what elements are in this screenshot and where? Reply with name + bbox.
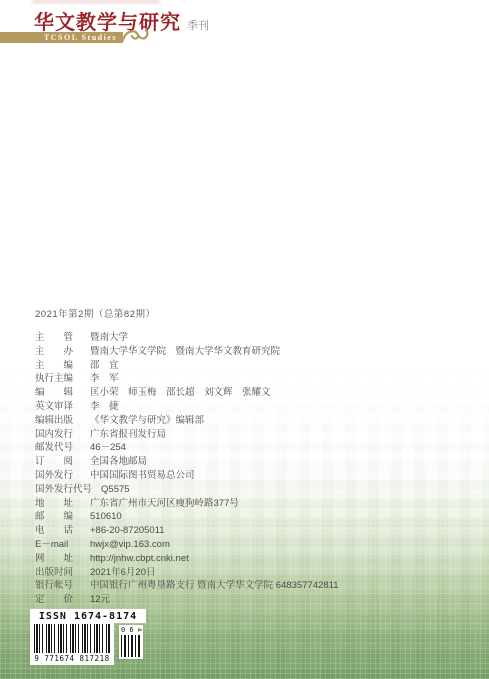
- row-value: 暨南大学华文学院 暨南大学华文教育研究院: [90, 345, 280, 359]
- colophon-row: 银行帐号中国银行广州粤垦路支行 暨南大学华文学院 648357742811: [35, 579, 475, 593]
- row-value: 中国银行广州粤垦路支行 暨南大学华文学院 648357742811: [90, 579, 338, 593]
- row-label: 网 址: [35, 552, 81, 566]
- row-value: +86-20-87205011: [90, 524, 165, 538]
- colophon-row: 国外发行中国国际图书贸易总公司: [35, 469, 475, 483]
- row-value: 广东省广州市天河区瘦狗岭路377号: [90, 497, 239, 511]
- issn-number: ISSN 1674-8174: [30, 609, 146, 623]
- colophon-row: 主 编邵 宜: [35, 359, 475, 373]
- row-label: 主 编: [35, 359, 81, 373]
- row-value: 12元: [90, 593, 110, 607]
- colophon-row: 主 办暨南大学华文学院 暨南大学华文教育研究院: [35, 345, 475, 359]
- issue-line: 2021年第2期（总第82期）: [35, 306, 155, 320]
- barcode-bars-icon: [34, 624, 110, 653]
- barcode-row: 9 771674 817218 0 6 ⊳: [30, 623, 146, 665]
- row-value: 46－254: [90, 441, 126, 455]
- colophon-row: 网 址http://jnhw.cbpt.cnki.net: [35, 552, 475, 566]
- colophon-row: 国外发行代号Q5575: [35, 483, 475, 497]
- row-value: 《华文教学与研究》编辑部: [90, 414, 204, 428]
- cloud-scroll-ornament-icon: [121, 27, 151, 50]
- colophon-row: 电 话+86-20-87205011: [35, 524, 475, 538]
- row-value: 匡小荣 师玉梅 邵长超 刘文辉 张耀文: [90, 386, 271, 400]
- journal-title: 华文教学与研究: [34, 10, 181, 34]
- colophon-row: 编辑出版《华文教学与研究》编辑部: [35, 414, 475, 428]
- addon-digits: 0 6 ⊳: [121, 626, 141, 634]
- row-value: 2021年6月20日: [90, 566, 155, 580]
- ean-barcode: 9 771674 817218: [30, 623, 114, 665]
- row-label: 订 阅: [35, 455, 81, 469]
- row-value: 510610: [90, 510, 122, 524]
- row-label: 银行帐号: [35, 579, 81, 593]
- row-value: 广东省报刊发行局: [90, 428, 166, 442]
- row-label: 主 办: [35, 345, 81, 359]
- row-value: 全国各地邮局: [90, 455, 147, 469]
- colophon-row: 出版时间2021年6月20日: [35, 566, 475, 580]
- colophon-row: 定 价12元: [35, 593, 475, 607]
- row-label: 国外发行代号: [35, 483, 92, 497]
- row-label: 执行主编: [35, 372, 81, 386]
- row-value: Q5575: [101, 483, 130, 497]
- colophon-row: 主 管暨南大学: [35, 331, 475, 345]
- issn-barcode-block: ISSN 1674-8174 9 771674 817218 0 6 ⊳: [30, 609, 146, 665]
- row-label: 编 辑: [35, 386, 81, 400]
- row-value: 邵 宜: [90, 359, 119, 373]
- colophon-row: 订 阅全国各地邮局: [35, 455, 475, 469]
- row-label: E－mail: [35, 538, 81, 552]
- row-value: 暨南大学: [90, 331, 128, 345]
- journal-subtitle: 季刊: [187, 20, 209, 32]
- row-label: 电 话: [35, 524, 81, 538]
- banner-title: TCSOL Studies: [44, 33, 117, 42]
- row-value: http://jnhw.cbpt.cnki.net: [90, 552, 189, 566]
- row-label: 出版时间: [35, 566, 81, 580]
- addon-bars-icon: [121, 635, 141, 657]
- row-value: hwjx@vip.163.com: [90, 538, 170, 552]
- journal-back-cover: 华文教学与研究季刊 TCSOL Studies 2021年第2期（总第82期） …: [0, 0, 489, 679]
- row-label: 主 管: [35, 331, 81, 345]
- row-label: 地 址: [35, 497, 81, 511]
- colophon-row: 执行主编李 军: [35, 372, 475, 386]
- row-value: 中国国际图书贸易总公司: [90, 469, 195, 483]
- row-label: 定 价: [35, 593, 81, 607]
- barcode-digits: 9 771674 817218: [34, 654, 110, 663]
- row-label: 邮 编: [35, 510, 81, 524]
- colophon-list: 主 管暨南大学 主 办暨南大学华文学院 暨南大学华文教育研究院 主 编邵 宜 执…: [35, 331, 475, 607]
- colophon-row: 编 辑匡小荣 师玉梅 邵长超 刘文辉 张耀文: [35, 386, 475, 400]
- colophon-row: 邮发代号46－254: [35, 441, 475, 455]
- row-label: 英文审译: [35, 400, 81, 414]
- colophon-row: 国内发行广东省报刊发行局: [35, 428, 475, 442]
- row-label: 国外发行: [35, 469, 81, 483]
- row-label: 国内发行: [35, 428, 81, 442]
- colophon-row: 英文审译李 捷: [35, 400, 475, 414]
- colophon-row: E－mailhwjx@vip.163.com: [35, 538, 475, 552]
- row-label: 邮发代号: [35, 441, 81, 455]
- colophon-row: 邮 编510610: [35, 510, 475, 524]
- colophon-row: 地 址广东省广州市天河区瘦狗岭路377号: [35, 497, 475, 511]
- issue-addon-barcode: 0 6 ⊳: [119, 625, 143, 659]
- row-label: 编辑出版: [35, 414, 81, 428]
- row-value: 李 军: [90, 372, 119, 386]
- row-value: 李 捷: [90, 400, 119, 414]
- masthead-banner: TCSOL Studies: [0, 32, 123, 43]
- scan-artifact: [32, 0, 160, 3]
